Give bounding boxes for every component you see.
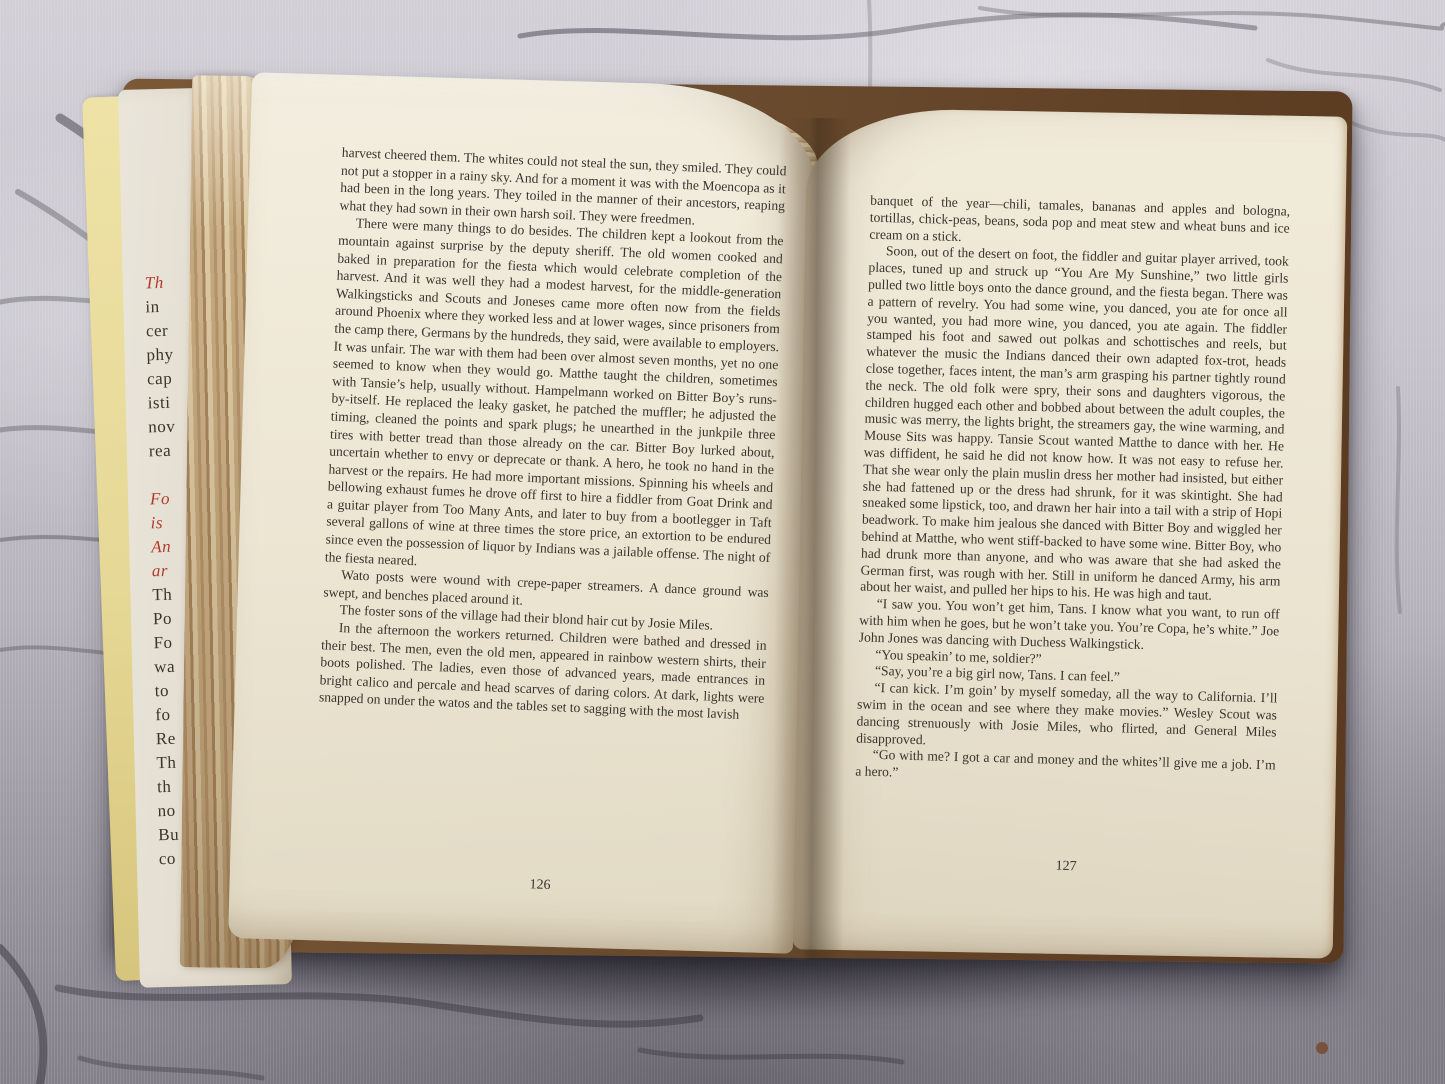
right-page-number: 127 bbox=[856, 854, 1276, 882]
paragraph: Soon, out of the desert on foot, the fid… bbox=[860, 243, 1289, 607]
right-page: banquet of the year—chili, tamales, bana… bbox=[793, 107, 1348, 958]
right-page-text: banquet of the year—chili, tamales, bana… bbox=[855, 193, 1290, 792]
left-page-text: harvest cheered them. The whites could n… bbox=[319, 144, 787, 725]
right-page-footer: 127 bbox=[856, 836, 1277, 882]
book-gutter bbox=[771, 118, 850, 961]
left-page: harvest cheered them. The whites could n… bbox=[228, 72, 817, 953]
paragraph: In the afternoon the workers returned. C… bbox=[319, 618, 767, 725]
paragraph: There were many things to do besides. Th… bbox=[325, 214, 784, 584]
left-page-footer: 126 bbox=[317, 850, 763, 904]
paragraph: “I can kick. I’m goin’ by myself someday… bbox=[856, 680, 1278, 758]
photo-scene: ThincerphycapistinovreaFoisAnarThPoFowat… bbox=[0, 0, 1445, 1084]
left-page-number: 126 bbox=[317, 868, 762, 904]
